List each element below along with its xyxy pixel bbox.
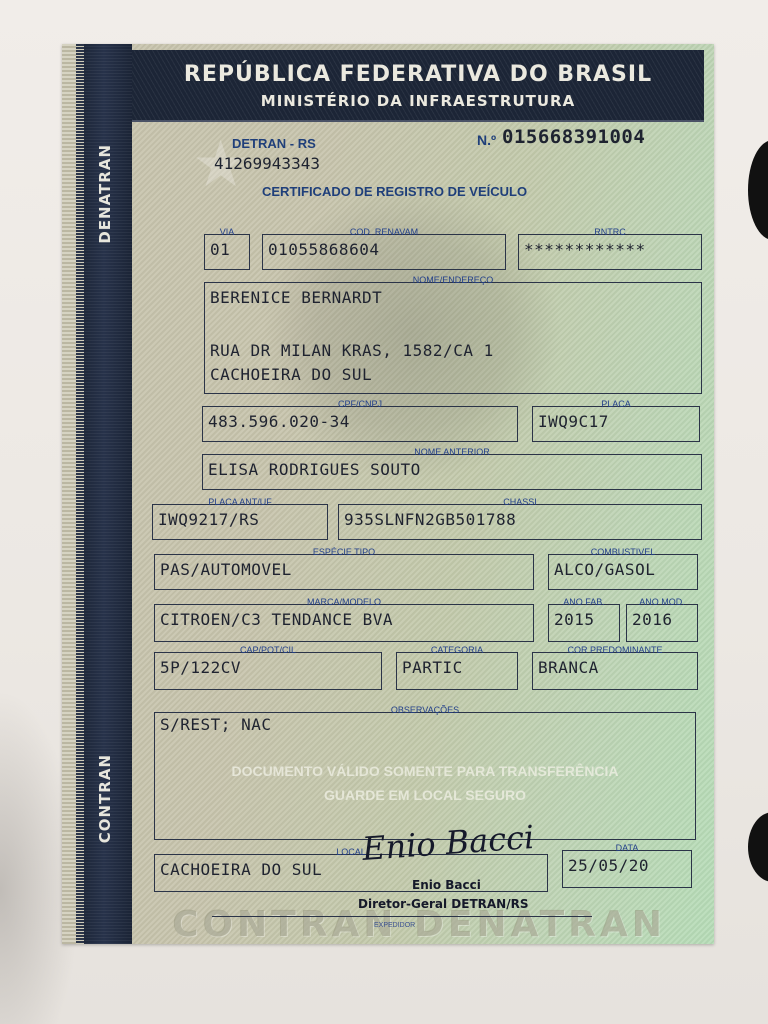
side-band-top-text: DENATRAN [96,144,114,244]
field-value: IWQ9217/RS [158,510,259,529]
field-value: 2016 [632,610,673,629]
field-ano-mod: ANO MOD. 2016 [626,604,698,642]
field-cor-predominante: COR PREDOMINANTE BRANCA [532,652,698,690]
expedidor-label: EXPEDIDOR [374,922,415,929]
issuer: DETRAN - RS [232,136,316,151]
field-label: ANO FAB. [560,597,608,607]
field-chassi: CHASSI 935SLNFN2GB501788 [338,504,702,540]
field-label: OBSERVAÇÕES [388,705,462,715]
field-nome-endereco: NOME/ENDEREÇO BERENICE BERNARDT RUA DR M… [204,282,702,394]
field-label: COR PREDOMINANTE [564,645,665,655]
field-value: ELISA RODRIGUES SOUTO [208,460,421,479]
field-label: RNTRC [591,227,629,237]
field-value: 01 [210,240,230,259]
header-country: REPÚBLICA FEDERATIVA DO BRASIL [132,62,704,87]
field-label: DATA [613,843,642,853]
field-value: 935SLNFN2GB501788 [344,510,516,529]
field-label: CAP/POT/CIL [237,645,299,655]
owner-name: BERENICE BERNARDT [210,288,382,307]
security-side-band: DENATRAN CONTRAN [76,44,132,944]
field-label: MARCA/MODELO [304,597,384,607]
vehicle-registration-certificate: DENATRAN CONTRAN REPÚBLICA FEDERATIVA DO… [62,44,714,944]
field-placa-anterior: PLACA ANT/UF IWQ9217/RS [152,504,328,540]
field-observacoes: OBSERVAÇÕES S/REST; NAC DOCUMENTO VÁLIDO… [154,712,696,840]
field-label: CATEGORIA [428,645,486,655]
field-placa: PLACA IWQ9C17 [532,406,700,442]
owner-city: CACHOEIRA DO SUL [210,365,372,384]
serial-label: N.º [477,132,496,148]
side-band-bottom-text: CONTRAN [96,754,114,843]
field-data: DATA 25/05/20 [562,850,692,888]
field-nome-anterior: NOME ANTERIOR ELISA RODRIGUES SOUTO [202,454,702,490]
field-value: BRANCA [538,658,599,677]
serial-number: 015668391004 [502,126,645,148]
field-value: CACHOEIRA DO SUL [160,860,322,879]
field-label: CHASSI [500,497,540,507]
field-marca-modelo: MARCA/MODELO CITROEN/C3 TENDANCE BVA [154,604,534,642]
binder-hole-top [748,140,768,240]
field-label: PLACA ANT/UF [205,497,275,507]
field-label: ESPÉCIE TIPO [310,547,378,557]
field-rntrc: RNTRC ************ [518,234,702,270]
notice-keep-safe: GUARDE EM LOCAL SEGURO [155,787,695,803]
signer-role: Diretor-Geral DETRAN/RS [358,897,528,911]
field-value: 5P/122CV [160,658,241,677]
field-value: ALCO/GASOL [554,560,655,579]
header-ministry: MINISTÉRIO DA INFRAESTRUTURA [132,92,704,110]
field-value: 483.596.020-34 [208,412,350,431]
field-cpf-cnpj: CPF/CNPJ 483.596.020-34 [202,406,518,442]
field-value: 01055868604 [268,240,379,259]
field-ano-fab: ANO FAB. 2015 [548,604,620,642]
field-label: NOME ANTERIOR [411,447,493,457]
field-value: PARTIC [402,658,463,677]
binder-hole-bottom [748,812,768,882]
field-cap-pot-cil: CAP/POT/CIL 5P/122CV [154,652,382,690]
field-value: 25/05/20 [568,856,649,875]
field-categoria: CATEGORIA PARTIC [396,652,518,690]
field-label: ANO MOD. [636,597,688,607]
field-value: 2015 [554,610,595,629]
perforated-stub [62,44,76,944]
notice-transfer-only: DOCUMENTO VÁLIDO SOMENTE PARA TRANSFERÊN… [155,763,695,779]
field-renavam: COD. RENAVAM 01055868604 [262,234,506,270]
document-header: REPÚBLICA FEDERATIVA DO BRASIL MINISTÉRI… [132,50,704,122]
field-label: CPF/CNPJ [335,399,385,409]
field-value: ************ [524,240,646,259]
field-label: COMBUSTIVEL [588,547,659,557]
field-local: LOCAL CACHOEIRA DO SUL [154,854,548,892]
document-title: CERTIFICADO DE REGISTRO DE VEÍCULO [262,184,527,199]
field-label: PLACA [598,399,634,409]
field-via: VIA 01 [204,234,250,270]
owner-address: RUA DR MILAN KRAS, 1582/CA 1 [210,341,494,360]
field-value: IWQ9C17 [538,412,609,431]
field-label: NOME/ENDEREÇO [410,275,497,285]
field-combustivel: COMBUSTIVEL ALCO/GASOL [548,554,698,590]
signer-name: Enio Bacci [412,878,481,892]
field-value: CITROEN/C3 TENDANCE BVA [160,610,393,629]
field-label: VIA [217,227,238,237]
field-value: S/REST; NAC [160,715,271,734]
field-value: PAS/AUTOMOVEL [160,560,292,579]
field-especie-tipo: ESPÉCIE TIPO PAS/AUTOMOVEL [154,554,534,590]
field-label: COD. RENAVAM [347,227,421,237]
document-id: 41269943343 [214,154,320,173]
signature-line [212,916,592,917]
